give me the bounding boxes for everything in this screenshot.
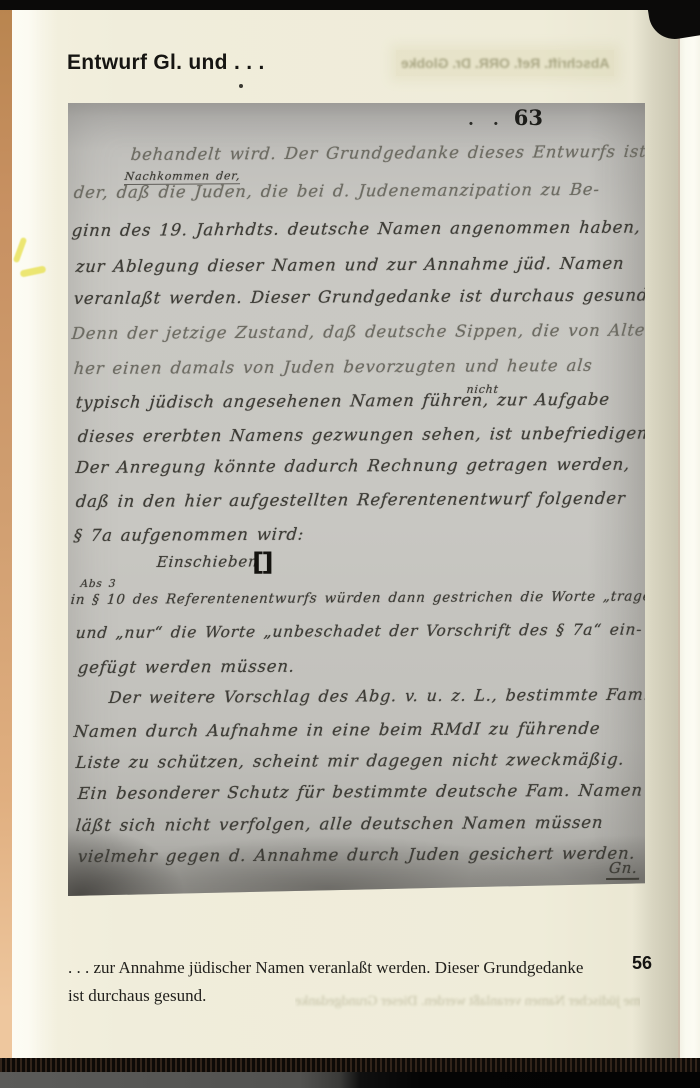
bottom-edge-shadow (0, 1072, 700, 1088)
folio-dots: . . (468, 110, 501, 130)
caption-line: . . . zur Annahme jüdischer Namen veranl… (68, 954, 628, 982)
manuscript-line: Einschieben (156, 552, 259, 571)
manuscript-line: daß in den hier aufgestellten Referenten… (75, 489, 626, 511)
photo-caption: . . . zur Annahme jüdischer Namen veranl… (68, 954, 628, 1010)
manuscript-line: behandelt wird. Der Grundgedanke dieses … (130, 142, 647, 164)
top-edge-shadow (0, 0, 700, 10)
folio-number: 63 (514, 105, 543, 130)
manuscript-line: Liste zu schützen, scheint mir dagegen n… (75, 750, 625, 772)
manuscript-line: zur Ablegung dieser Namen und zur Annahm… (75, 254, 625, 276)
manuscript-line: veranlaßt werden. Dieser Grundgedanke is… (73, 285, 655, 308)
dust-speck (239, 84, 243, 88)
photo-facsimile-document: . . 63 [] behandelt wird. Der Grundgedan… (68, 103, 645, 896)
manuscript-line: Abs 3 (80, 578, 117, 590)
manuscript-line: dieses ererbten Namens gezwungen sehen, … (77, 423, 667, 446)
manuscript-line: Der Anregung könnte dadurch Rechnung get… (75, 455, 631, 477)
show-through-band: Abschrift. Ref. ORR. Dr. Globke (396, 50, 614, 76)
caption-line: ist durchaus gesund. (68, 982, 628, 1010)
manuscript-line: Der weitere Vorschlag des Abg. v. u. z. … (108, 685, 650, 707)
manuscript-line: Gn. (606, 859, 641, 880)
show-through-text-top: Abschrift. Ref. ORR. Dr. Globke (401, 55, 609, 71)
page-edge-left (12, 10, 58, 1062)
book-page-scan: Abschrift. Ref. ORR. Dr. Globke Entwurf … (0, 0, 700, 1088)
book-spine-edge (0, 8, 12, 1062)
manuscript-line: der, daß die Juden, die bei d. Judeneman… (73, 180, 601, 202)
page-edge-right (678, 28, 700, 1058)
manuscript-line: Namen durch Aufnahme in eine beim RMdI z… (73, 719, 601, 741)
manuscript-line: ginn des 19. Jahrhdts. deutsche Namen an… (71, 218, 642, 240)
manuscript-line: Denn der jetzige Zustand, daß deutsche S… (71, 320, 664, 343)
page-number: 56 (632, 953, 652, 974)
manuscript-line: läßt sich nicht verfolgen, alle deutsche… (75, 813, 604, 835)
folio-number-group: . . 63 (468, 105, 543, 130)
manuscript-line: typisch jüdisch angesehenen Namen führen… (75, 390, 611, 412)
chapter-header: Entwurf Gl. und . . . (67, 51, 265, 75)
manuscript-line: Ein besonderer Schutz für bestimmte deut… (77, 781, 644, 803)
manuscript-line: gefügt werden müssen. (77, 657, 296, 677)
manuscript-line: in § 10 des Referentenentwurfs würden da… (70, 588, 669, 608)
manuscript-line: § 7a aufgenommen wird: (73, 525, 305, 545)
manuscript-line: her einen damals von Juden bevorzugten u… (73, 356, 593, 378)
manuscript-line: vielmehr gegen d. Annahme durch Juden ge… (77, 844, 636, 866)
insert-bracket-mark: [] (252, 548, 271, 577)
manuscript-line: und „nur“ die Worte „unbeschadet der Vor… (75, 621, 643, 642)
